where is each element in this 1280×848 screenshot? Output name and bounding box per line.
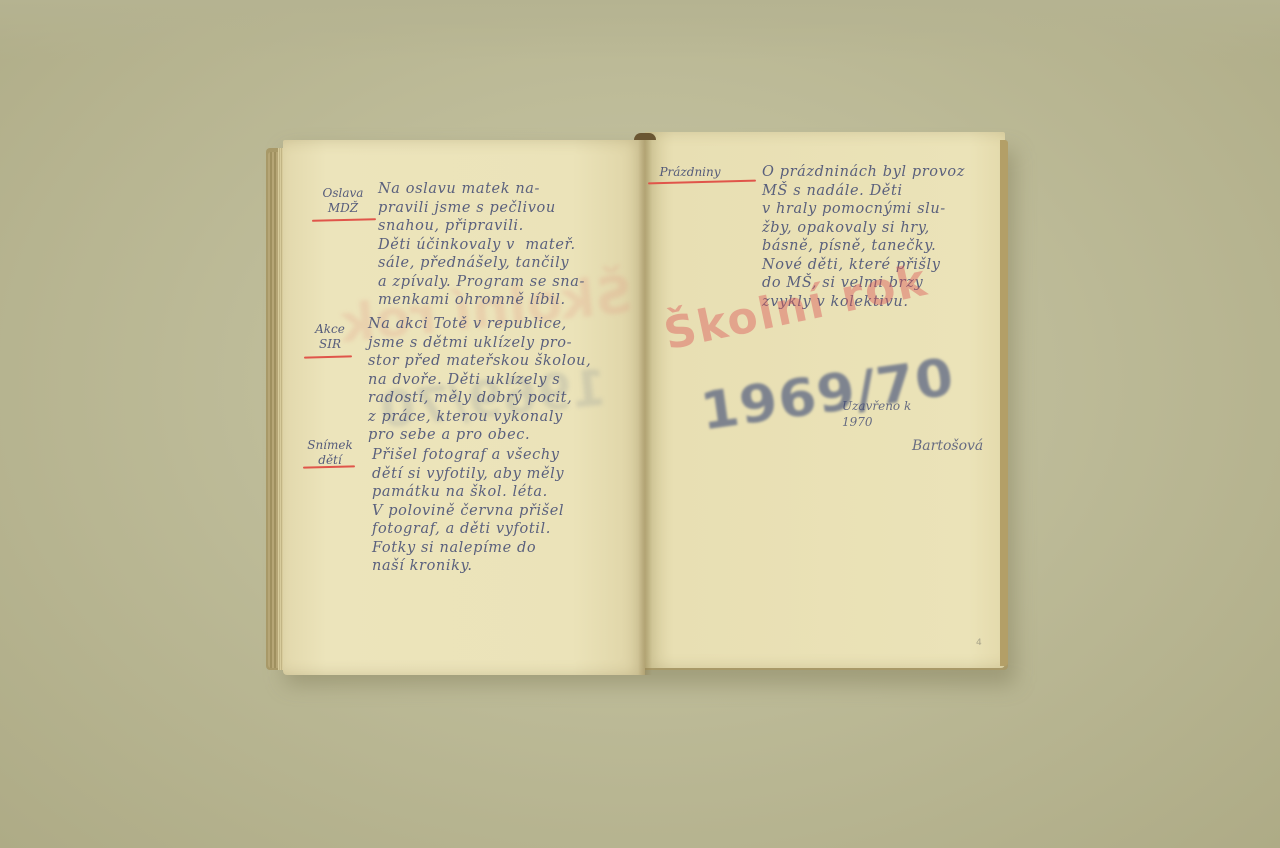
handwritten-text-sir: Na akci Totě v republice, jsme s dětmi u… — [368, 315, 591, 445]
handwritten-text-mdz: Na oslavu matek na- pravili jsme s pečli… — [378, 180, 585, 310]
margin-label-sir: Akce SIR — [305, 322, 355, 352]
margin-label-holidays: Prázdniny — [650, 165, 730, 180]
margin-label-photo: Snímek dětí — [305, 438, 355, 468]
page-mark: 4 — [976, 638, 982, 648]
margin-label-mdz: Oslava MDŽ — [318, 186, 368, 216]
closing-note: Uzavřeno k 1970 — [842, 398, 911, 430]
page-gutter — [638, 140, 652, 675]
signature: Bartošová — [912, 438, 983, 454]
background-shading — [0, 0, 1280, 60]
right-page-edge — [1000, 140, 1008, 666]
handwritten-text-photo: Přišel fotograf a všechy dětí si vyfotil… — [372, 446, 564, 576]
binding-top — [634, 133, 656, 140]
